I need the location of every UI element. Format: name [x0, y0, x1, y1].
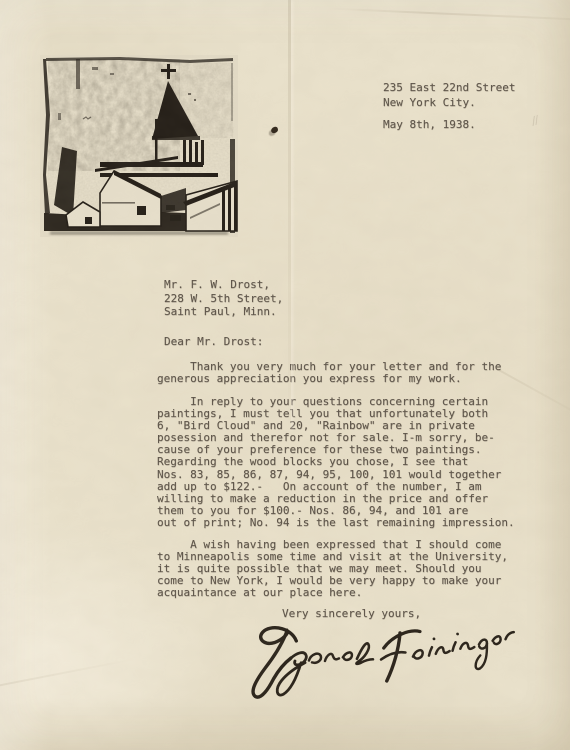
recipient-address: Mr. F. W. Drost, 228 W. 5th Street, Sain… [164, 278, 283, 319]
sender-address: 235 East 22nd Street New York City. [383, 81, 515, 110]
top-right-crease [330, 8, 570, 21]
letter-date: May 8th, 1938. [383, 119, 476, 131]
bottom-left-crease [0, 658, 137, 689]
woodcut-church-print [40, 55, 238, 237]
ink-speck [270, 126, 278, 134]
body-paragraph-1: Thank you very much for your letter and … [157, 361, 501, 385]
salutation: Dear Mr. Drost: [164, 336, 263, 348]
body-paragraph-3: A wish having been expressed that I shou… [157, 539, 508, 599]
handwritten-signature [235, 614, 525, 706]
pencil-mark [527, 114, 543, 127]
letter-sheet: 235 East 22nd Street New York City. May … [0, 0, 570, 750]
body-paragraph-2: In reply to your questions concerning ce… [157, 396, 515, 529]
